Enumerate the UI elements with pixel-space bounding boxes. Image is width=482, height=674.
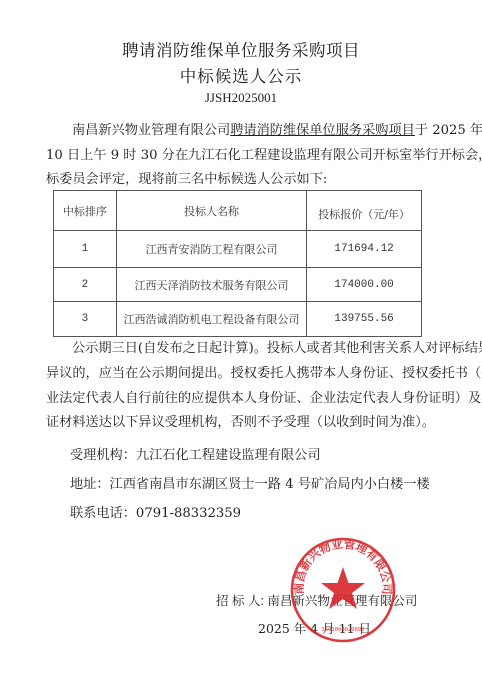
header-price: 投标报价（元/年） xyxy=(307,191,422,231)
title-line-1: 聘请消防维保单位服务采购项目 xyxy=(0,37,482,61)
title-line-2: 中标候选人公示 xyxy=(0,63,482,87)
cell-price: 174000.00 xyxy=(307,268,422,302)
intro-project-name: 聘请消防维保单位服务采购项目 xyxy=(230,123,415,138)
table-row: 3 江西浩诚消防机电工程设备有限公司 139755.56 xyxy=(54,302,422,337)
agency-phone: 联系电话：0791-88332359 xyxy=(70,502,241,521)
notice-line-1: 公示期三日(自发布之日起计算)。投标人或者其他利害关系人对评标结果有 xyxy=(72,337,482,356)
notice-line-4: 证材料送达以下异议受理机构，否则不予受理（以收到时间为准）。 xyxy=(46,411,435,430)
table-row: 2 江西天泽消防技术服务有限公司 174000.00 xyxy=(54,268,422,302)
objection-agency: 受理机构：九江石化工程建设监理有限公司 xyxy=(70,444,321,463)
seal-number: 3601000029892 xyxy=(321,627,364,633)
notice-line-2: 异议的，应当在公示期间提出。授权委托人携带本人身份证、授权委托书（企 xyxy=(46,362,482,381)
table-row: 1 江西青安消防工程有限公司 171694.12 xyxy=(54,231,422,268)
table-header-row: 中标排序 投标人名称 投标报价（元/年） xyxy=(54,191,422,231)
cell-bidder: 江西浩诚消防机电工程设备有限公司 xyxy=(116,302,306,337)
header-rank: 中标排序 xyxy=(54,191,117,231)
cell-bidder: 江西青安消防工程有限公司 xyxy=(116,231,306,268)
cell-price: 139755.56 xyxy=(307,302,422,337)
intro-company: 南昌新兴物业管理有限公司 xyxy=(72,123,230,138)
intro-line-3: 标委员会评定，现将前三名中标候选人公示如下: xyxy=(46,168,327,187)
agency-address: 地址：江西省南昌市东湖区贤士一路 4 号矿冶局内小白楼一楼 xyxy=(70,473,430,492)
company-seal-icon: 南昌新兴物业管理有限公司 3601000029892 xyxy=(290,537,396,643)
cell-rank: 3 xyxy=(54,302,117,337)
project-code: JJSH2025001 xyxy=(0,90,482,106)
cell-bidder: 江西天泽消防技术服务有限公司 xyxy=(116,268,306,302)
intro-date: 于 2025 年 4 月 xyxy=(415,123,482,138)
candidates-table: 中标排序 投标人名称 投标报价（元/年） 1 江西青安消防工程有限公司 1716… xyxy=(53,190,422,337)
header-bidder: 投标人名称 xyxy=(116,191,306,231)
cell-rank: 2 xyxy=(54,268,117,302)
cell-rank: 1 xyxy=(54,231,117,268)
notice-line-3: 业法定代表人自行前往的应提供本人身份证、企业法定代表人身份证明）及举 xyxy=(46,387,482,406)
cell-price: 171694.12 xyxy=(307,231,422,268)
intro-line-2: 10 日上午 9 时 30 分在九江石化工程建设监理有限公司开标室举行开标会，经… xyxy=(46,144,482,163)
intro-line-1: 南昌新兴物业管理有限公司聘请消防维保单位服务采购项目于 2025 年 4 月 xyxy=(72,119,482,138)
